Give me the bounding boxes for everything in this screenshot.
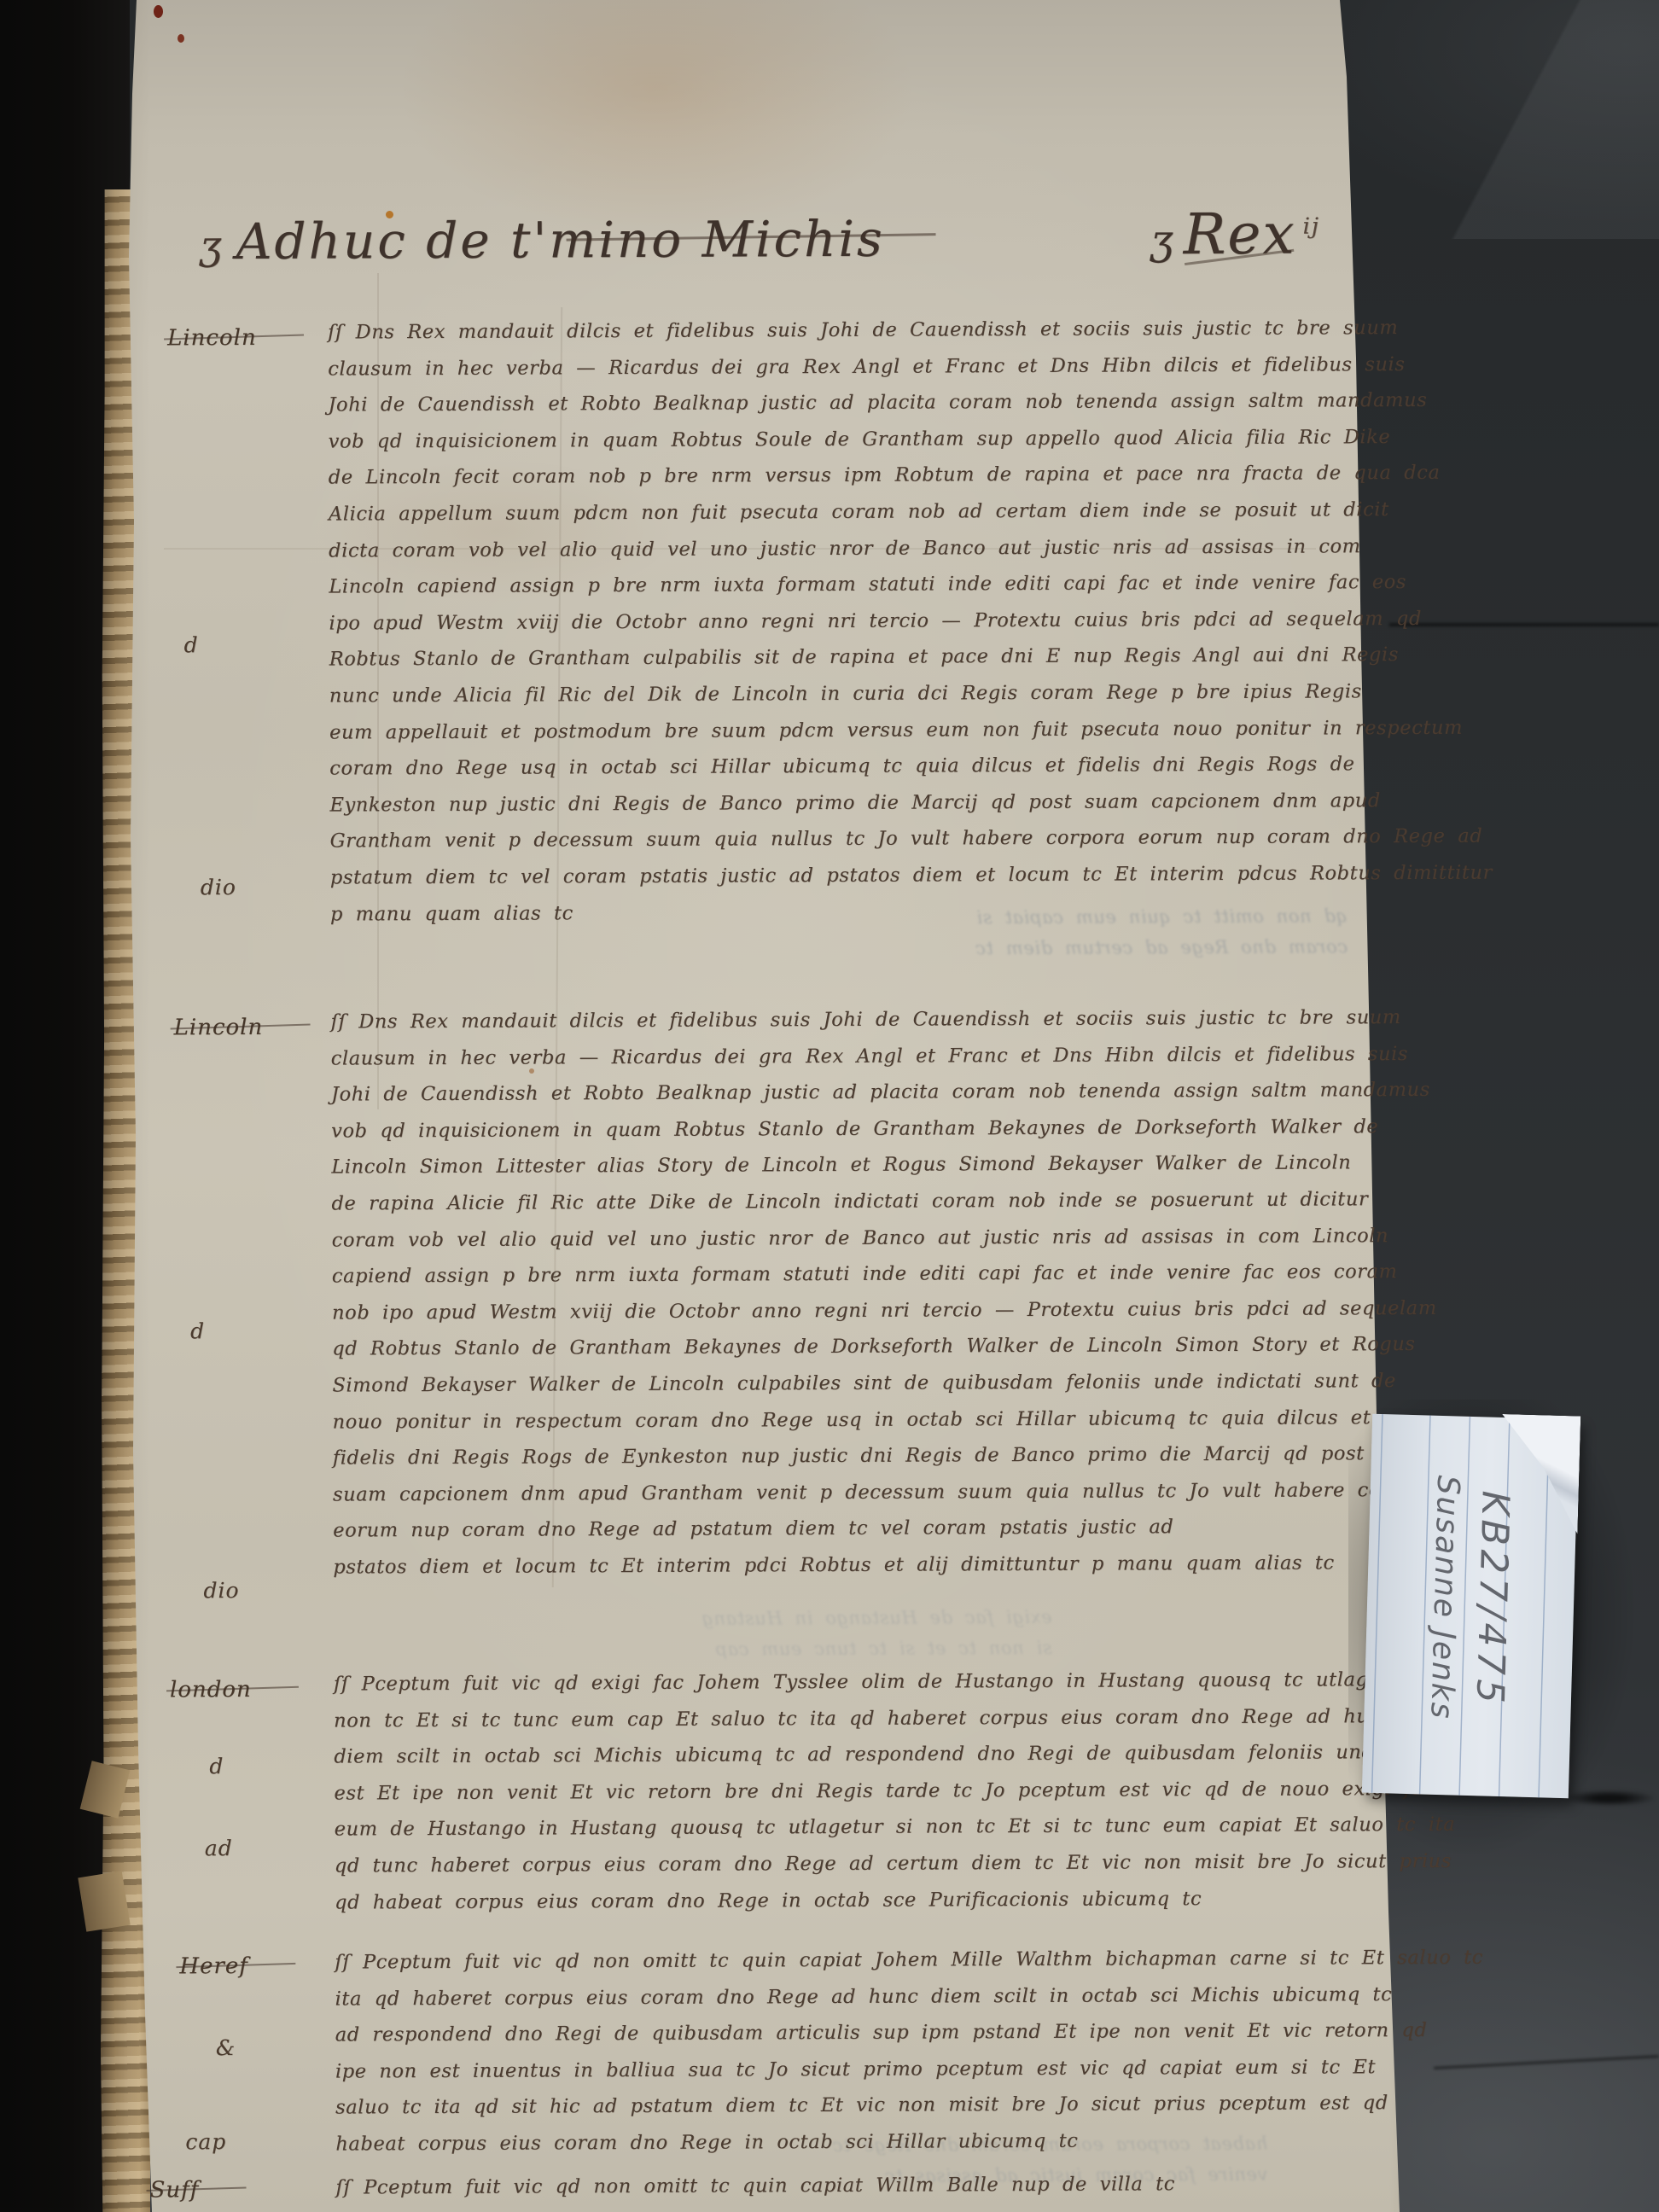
county-marginal: Lincoln [174, 1015, 264, 1040]
manuscript-text-line: coram vob vel alio quid vel uno justic n… [332, 1217, 1433, 1258]
manuscript-text-line: coram dno Rege usq in octab sci Hillar u… [329, 746, 1430, 787]
manuscript-text-line: clausum in hec verba — Ricardus dei gra … [331, 1036, 1432, 1077]
manuscript-text-line: Johi de Cauendissh et Robto Bealknap jus… [328, 382, 1429, 423]
entry-text-block: ſſ Pceptum fuit vic qd exigi fac Johem T… [334, 1662, 1435, 1921]
paraph-flourish: ʒ [199, 222, 224, 268]
manuscript-text-line: Simond Bekayser Walker de Lincoln culpab… [332, 1363, 1433, 1404]
manuscript-text-line: pstatum diem tc vel coram pstatis justic… [330, 855, 1431, 896]
manuscript-text-line: nouo ponitur in respectum coram dno Rege… [333, 1399, 1434, 1440]
ghost-line: coram dno Rege ad certum diem tc [784, 931, 1348, 964]
manuscript-text-line: non tc Et si tc tunc eum cap Et saluo tc… [334, 1698, 1435, 1739]
manuscript-text-line: qd habeat corpus eius coram dno Rege in … [335, 1879, 1435, 1920]
rex-heading: ʒRexij [1150, 201, 1320, 267]
manuscript-text-line: clausum in hec verba — Ricardus dei gra … [328, 346, 1429, 387]
manuscript-text-line: vob qd inquisicionem in quam Robtus Stan… [331, 1109, 1432, 1150]
manuscript-text-line: Robtus Stanlo de Grantham culpabilis sit… [329, 637, 1430, 678]
entry-text-block: ſſ Dns Rex mandauit dilcis et fidelibus … [330, 999, 1434, 1586]
manuscript-text-line: saluo tc ita qd sit hic ad pstatum diem … [335, 2085, 1436, 2126]
manuscript-text-line: de Lincoln fecit coram nob p bre nrm ver… [329, 455, 1429, 496]
manuscript-text-line: ipo apud Westm xviij die Octobr anno reg… [329, 601, 1429, 642]
manuscript-text-line: de rapina Alicie fil Ric atte Dike de Li… [331, 1181, 1432, 1222]
manuscript-text-line: ſſ Pceptum fuit vic qd exigi fac Johem T… [334, 1662, 1435, 1703]
plea-roll-entry: Lincoln d dio ſſ Dns Rex mandauit dilcis… [0, 998, 1658, 1005]
paraph-flourish: ʒ [1150, 216, 1174, 264]
margin-note: d [184, 632, 199, 657]
manuscript-text-line: Lincoln Simon Littester alias Story de L… [331, 1144, 1432, 1185]
manuscript-text-line: ſſ Pceptum fuit vic qd non omitt tc quin… [335, 1940, 1435, 1981]
manuscript-text-line: vob qd inquisicionem in quam Robtus Soul… [329, 419, 1429, 460]
margin-note: d [190, 1318, 205, 1343]
manuscript-text-line: p manu quam alias tc [330, 891, 1431, 932]
manuscript-text-line: eum de Hustango in Hustang quousq tc utl… [335, 1807, 1435, 1848]
manuscript-text-line: Lincoln capiend assign p bre nrm iuxta f… [329, 564, 1429, 605]
margin-note: d [209, 1754, 224, 1778]
margin-note: cap [185, 2129, 226, 2154]
manuscript-content: ʒAdhuc de t'mino Michis ʒRexij qd non om… [0, 0, 1659, 2212]
ghost-line: exigi fac de Hustango in Hustang [404, 1602, 1052, 1635]
manuscript-text-line: ita qd haberet corpus eius coram dno Reg… [335, 1976, 1435, 2017]
roll-heading-text: Adhuc de t'mino Michis [236, 210, 884, 271]
manuscript-text-line: qd tunc haberet corpus eius coram dno Re… [335, 1843, 1435, 1884]
entry-text-block: ſſ Dns Rex mandauit dilcis et fidelibus … [328, 310, 1431, 933]
manuscript-text-line: diem scilt in octab sci Michis ubicumq t… [334, 1734, 1435, 1775]
margin-note: dio [203, 1578, 239, 1603]
county-marginal: london [170, 1677, 252, 1703]
table-slot-shadow [1565, 1790, 1654, 1806]
manuscript-text-line: nob ipo apud Westm xviij die Octobr anno… [332, 1290, 1433, 1331]
margin-note: ad [205, 1836, 233, 1860]
manuscript-text-line: eorum nup coram dno Rege ad pstatum diem… [333, 1508, 1434, 1549]
rex-heading-text: Rex [1183, 201, 1295, 268]
plea-roll-entry: Heref & cap ſſ Pceptum fuit vic qd non o… [3, 1939, 1659, 1946]
county-marginal: Heref [179, 1953, 248, 1979]
entry-text-block: ſſ Pceptum fuit vic qd non omitt tc quin… [335, 1940, 1436, 2163]
manuscript-text-line: qd Robtus Stanlo de Grantham Bekaynes de… [332, 1326, 1433, 1367]
county-marginal: Suff [149, 2177, 199, 2203]
manuscript-text-line: pstatos diem et locum tc Et interim pdci… [333, 1545, 1434, 1586]
manuscript-text-line: nunc unde Alicia fil Ric del Dik de Linc… [329, 673, 1430, 714]
manuscript-text-line: ſſ Dns Rex mandauit dilcis et fidelibus … [328, 310, 1429, 351]
archive-reference-slip: KB27/475 Susanne Jenks [1362, 1414, 1579, 1799]
margin-note: & [216, 2035, 236, 2060]
margin-note: dio [201, 875, 236, 899]
ghost-line: si non tc et si tc tunc eum cap [404, 1633, 1052, 1666]
manuscript-text-line: Johi de Cauendissh et Robto Bealknap jus… [331, 1072, 1432, 1113]
manuscript-text-line: ſſ Dns Rex mandauit dilcis et fidelibus … [330, 999, 1431, 1040]
county-marginal: Lincoln [167, 325, 257, 351]
roll-heading: ʒAdhuc de t'mino Michis [199, 210, 884, 271]
manuscript-text-line: habeat corpus eius coram dno Rege in oct… [335, 2122, 1436, 2163]
manuscript-text-line: Grantham venit p decessum suum quia null… [330, 818, 1431, 859]
rex-heading-tail: ij [1303, 213, 1321, 239]
manuscript-text-line: dicta coram vob vel alio quid vel uno ju… [329, 527, 1429, 568]
slip-handwriting: KB27/475 Susanne Jenks [1422, 1414, 1519, 1784]
plea-roll-entry: Lincoln d dio ſſ Dns Rex mandauit dilcis… [0, 309, 1656, 316]
entry-text-block: ſſ Pceptum fuit vic qd non omitt tc quin… [335, 2165, 1436, 2206]
manuscript-text-line: eum appellauit et postmodum bre suum pdc… [329, 709, 1430, 750]
manuscript-text-line: suam capcionem dnm apud Grantham venit p… [333, 1472, 1434, 1513]
manuscript-text-line: Eynkeston nup justic dni Regis de Banco … [329, 783, 1430, 824]
bleed-through-text: exigi fac de Hustango in Hustangsi non t… [404, 1602, 1052, 1666]
manuscript-text-line: ſſ Pceptum fuit vic qd non omitt tc quin… [335, 2165, 1436, 2206]
manuscript-text-line: fidelis dni Regis Rogs de Eynkeston nup … [333, 1435, 1434, 1476]
manuscript-text-line: ad respondend dno Regi de quibusdam arti… [335, 2012, 1436, 2053]
manuscript-text-line: Alicia appellum suum pdcm non fuit psecu… [329, 492, 1429, 533]
manuscript-text-line: est Et ipe non venit Et vic retorn bre d… [334, 1771, 1435, 1812]
manuscript-text-line: ipe non est inuentus in balliua sua tc J… [335, 2049, 1436, 2090]
manuscript-text-line: capiend assign p bre nrm iuxta formam st… [332, 1254, 1433, 1295]
